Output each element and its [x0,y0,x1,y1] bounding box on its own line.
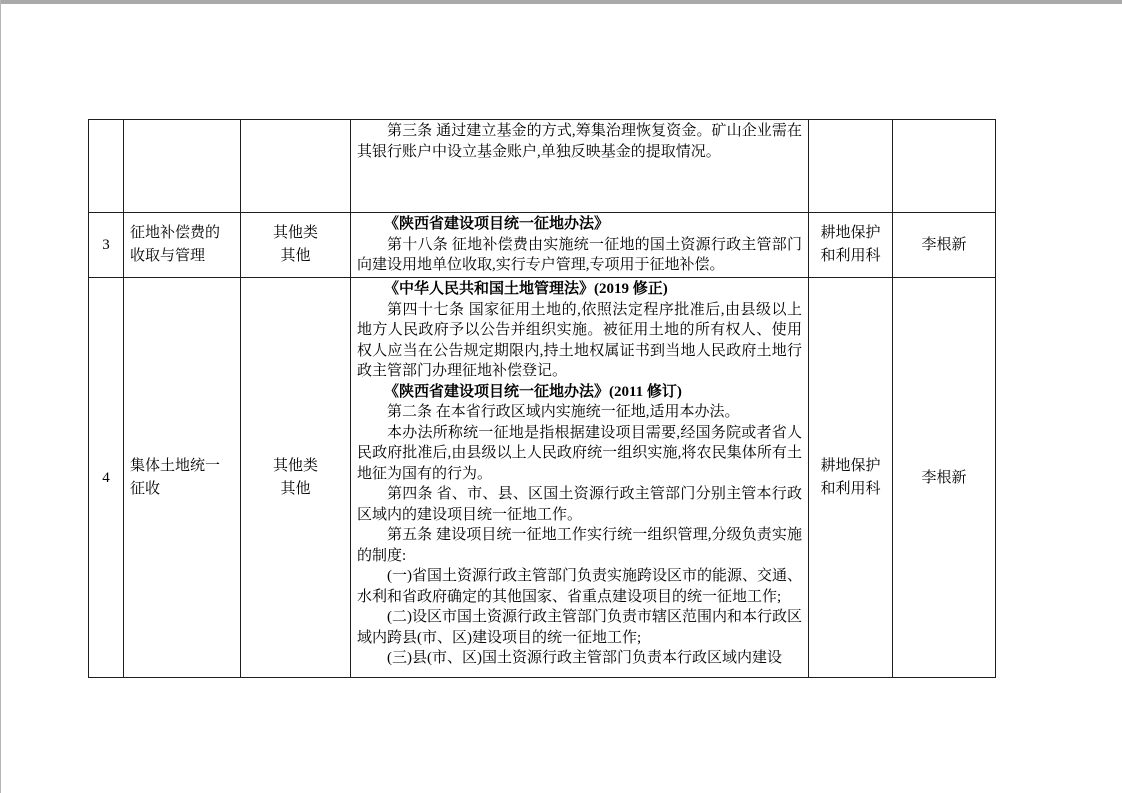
legal-title: 《中华人民共和国土地管理法》(2019 修正) [357,279,802,300]
row-number-cell [89,120,124,213]
legal-paragraph: (二)设区市国土资源行政主管部门负责市辖区范围内和本行政区域内跨县(市、区)建设… [357,607,802,648]
legal-text-box: 第三条 通过建立基金的方式,筹集治理恢复资金。矿山企业需在其银行账户中设立基金账… [357,121,802,209]
category-cell: 其他类 其他 [241,213,351,278]
legal-paragraph: (三)县(市、区)国土资源行政主管部门负责本行政区域内建设 [357,648,802,669]
category-line: 其他类 [241,455,350,478]
legal-text-box: 《中华人民共和国土地管理法》(2019 修正) 第四十七条 国家征用土地的,依照… [357,279,802,675]
legal-basis-cell: 《中华人民共和国土地管理法》(2019 修正) 第四十七条 国家征用土地的,依照… [351,278,809,678]
legal-paragraph: 第三条 通过建立基金的方式,筹集治理恢复资金。矿山企业需在其银行账户中设立基金账… [357,121,802,162]
category-cell [241,120,351,213]
category-line: 其他 [241,478,350,501]
legal-paragraph: 第四条 省、市、县、区国土资源行政主管部门分别主管本行政区域内的建设项目统一征地… [357,484,802,525]
legal-basis-cell: 《陕西省建设项目统一征地办法》 第十八条 征地补偿费由实施统一征地的国土资源行政… [351,213,809,278]
item-name-cell [124,120,241,213]
person-cell [893,120,996,213]
category-line: 其他 [241,245,350,268]
row-number-cell: 3 [89,213,124,278]
document-page: 第三条 通过建立基金的方式,筹集治理恢复资金。矿山企业需在其银行账户中设立基金账… [0,0,1122,793]
legal-paragraph: 第五条 建设项目统一征地工作实行统一组织管理,分级负责实施的制度: [357,525,802,566]
department-cell [809,120,893,213]
legal-title: 《陕西省建设项目统一征地办法》 [357,214,802,235]
department-cell: 耕地保护和利用科 [809,213,893,278]
row-number-cell: 4 [89,278,124,678]
legal-paragraph: (一)省国土资源行政主管部门负责实施跨设区市的能源、交通、水利和省政府确定的其他… [357,566,802,607]
legal-paragraph: 第四十七条 国家征用土地的,依照法定程序批准后,由县级以上地方人民政府予以公告并… [357,300,802,382]
legal-basis-cell: 第三条 通过建立基金的方式,筹集治理恢复资金。矿山企业需在其银行账户中设立基金账… [351,120,809,213]
category-cell: 其他类 其他 [241,278,351,678]
item-name-cell: 集体土地统一征收 [124,278,241,678]
table-row-continuation: 第三条 通过建立基金的方式,筹集治理恢复资金。矿山企业需在其银行账户中设立基金账… [89,120,996,213]
category-line: 其他类 [241,222,350,245]
person-cell: 李根新 [893,213,996,278]
department-cell: 耕地保护和利用科 [809,278,893,678]
page-left-separator [0,0,1,793]
legal-paragraph: 第十八条 征地补偿费由实施统一征地的国土资源行政主管部门向建设用地单位收取,实行… [357,235,802,276]
person-cell: 李根新 [893,278,996,678]
legal-title: 《陕西省建设项目统一征地办法》(2011 修订) [357,382,802,403]
legal-paragraph: 本办法所称统一征地是指根据建设项目需要,经国务院或者省人民政府批准后,由县级以上… [357,423,802,485]
table-row-3: 3 征地补偿费的收取与管理 其他类 其他 《陕西省建设项目统一征地办法》 第十八… [89,213,996,278]
item-name-cell: 征地补偿费的收取与管理 [124,213,241,278]
regulation-table: 第三条 通过建立基金的方式,筹集治理恢复资金。矿山企业需在其银行账户中设立基金账… [88,119,996,678]
page-top-separator [0,0,1122,4]
legal-text-box: 《陕西省建设项目统一征地办法》 第十八条 征地补偿费由实施统一征地的国土资源行政… [357,214,802,275]
table-row-4: 4 集体土地统一征收 其他类 其他 《中华人民共和国土地管理法》(2019 修正… [89,278,996,678]
legal-paragraph: 第二条 在本省行政区域内实施统一征地,适用本办法。 [357,402,802,423]
